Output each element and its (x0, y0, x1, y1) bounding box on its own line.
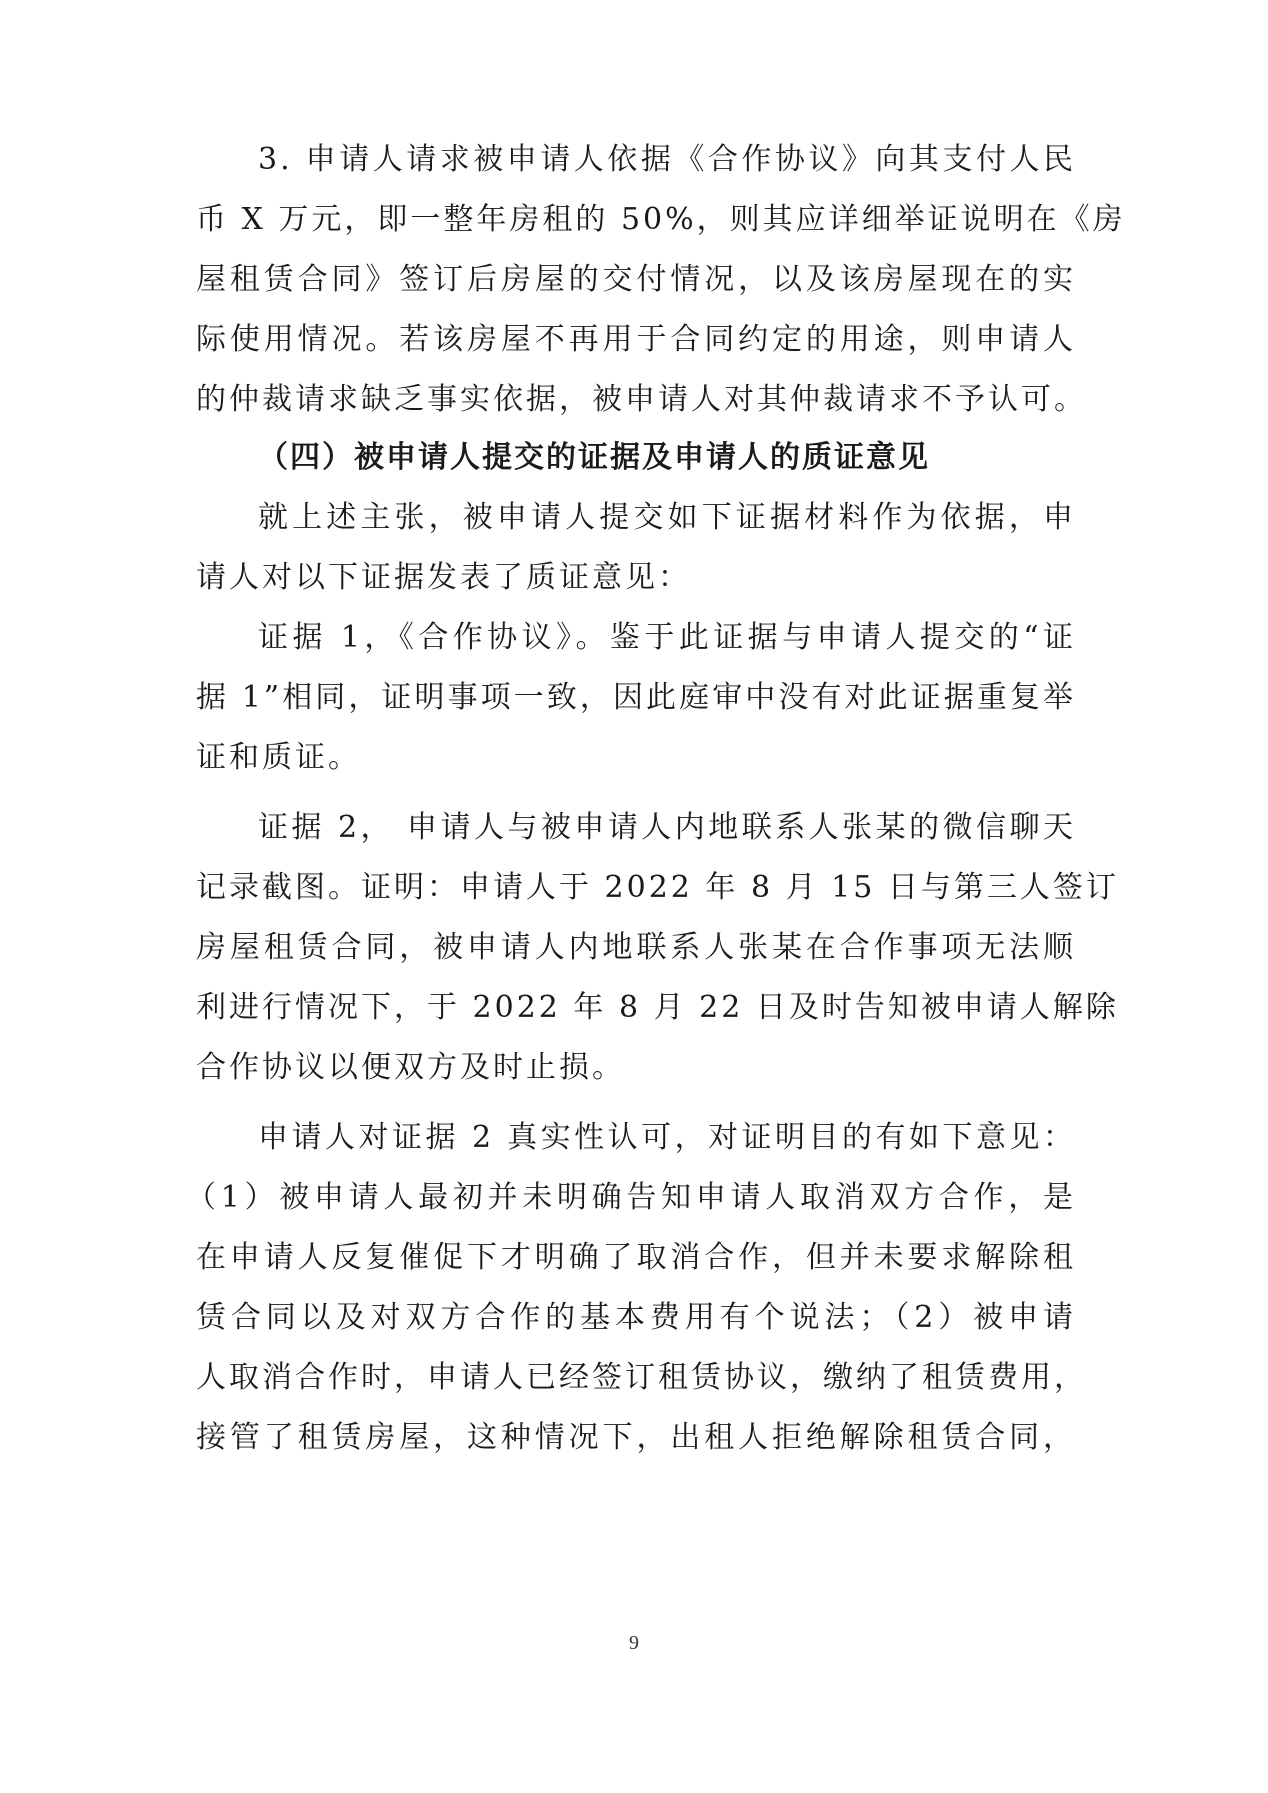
paragraph-line: 人取消合作时，申请人已经签订租赁协议，缴纳了租赁费用， (196, 1358, 1076, 1398)
document-page: 3. 申请人请求被申请人依据《合作协议》向其支付人民 币 X 万元，即一整年房租… (0, 0, 1268, 1793)
page-number: 9 (0, 1632, 1268, 1655)
paragraph-line: 请人对以下证据发表了质证意见： (196, 558, 1076, 598)
paragraph-line: （1）被申请人最初并未明确告知申请人取消双方合作，是 (186, 1178, 1076, 1218)
paragraph-line: 合作协议以便双方及时止损。 (196, 1048, 1076, 1088)
section-heading: （四）被申请人提交的证据及申请人的质证意见 (258, 438, 930, 478)
paragraph-line: 币 X 万元，即一整年房租的 50%，则其应详细举证说明在《房 (196, 200, 1076, 240)
paragraph-line: 据 1”相同，证明事项一致，因此庭审中没有对此证据重复举 (196, 678, 1076, 718)
paragraph-line: 申请人对证据 2 真实性认可，对证明目的有如下意见： (258, 1118, 1076, 1158)
paragraph-line: 证据 2， 申请人与被申请人内地联系人张某的微信聊天 (258, 808, 1076, 848)
paragraph-line: 证据 1，《合作协议》。鉴于此证据与申请人提交的“证 (258, 618, 1076, 658)
paragraph-line: 3. 申请人请求被申请人依据《合作协议》向其支付人民 (258, 140, 1076, 180)
paragraph-line: 的仲裁请求缺乏事实依据，被申请人对其仲裁请求不予认可。 (196, 380, 1076, 420)
paragraph-line: 房屋租赁合同，被申请人内地联系人张某在合作事项无法顺 (196, 928, 1076, 968)
paragraph-line: 际使用情况。若该房屋不再用于合同约定的用途，则申请人 (196, 320, 1076, 360)
paragraph-line: 就上述主张，被申请人提交如下证据材料作为依据，申 (258, 498, 1076, 538)
paragraph-line: 屋租赁合同》签订后房屋的交付情况，以及该房屋现在的实 (196, 260, 1076, 300)
paragraph-line: 接管了租赁房屋，这种情况下，出租人拒绝解除租赁合同， (196, 1418, 1076, 1458)
paragraph-line: 赁合同以及对双方合作的基本费用有个说法；（2）被申请 (196, 1298, 1076, 1338)
paragraph-line: 在申请人反复催促下才明确了取消合作，但并未要求解除租 (196, 1238, 1076, 1278)
paragraph-line: 利进行情况下，于 2022 年 8 月 22 日及时告知被申请人解除 (196, 988, 1076, 1028)
paragraph-line: 证和质证。 (196, 738, 1076, 778)
paragraph-line: 记录截图。证明：申请人于 2022 年 8 月 15 日与第三人签订 (196, 868, 1076, 908)
